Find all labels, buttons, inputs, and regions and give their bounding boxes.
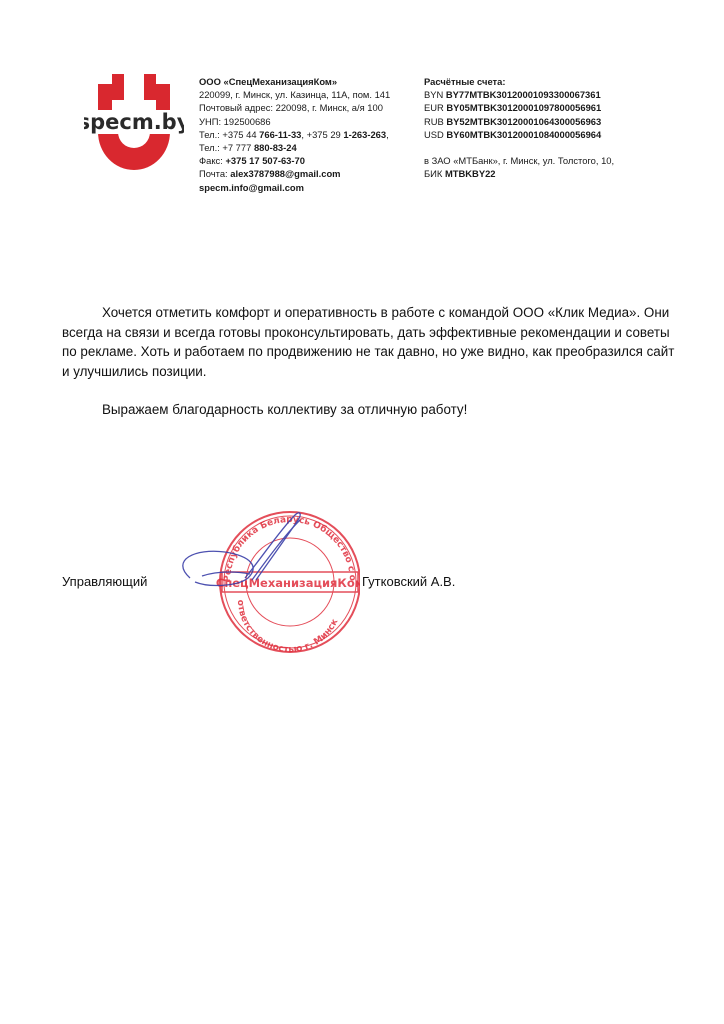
bank-details: Расчётные счета: BYN BY77MTBK30120001093… bbox=[424, 75, 614, 180]
fax: +375 17 507-63-70 bbox=[225, 155, 305, 166]
company-name: ООО «СпецМеханизацияКом» bbox=[199, 76, 337, 87]
phone-3: 880-83-24 bbox=[254, 142, 297, 153]
phone-2: 1-263-263 bbox=[343, 129, 386, 140]
unp: УНП: 192500686 bbox=[199, 115, 390, 128]
account-row: BYN BY77MTBK30120001093300067361 bbox=[424, 88, 614, 101]
bank-title: Расчётные счета: bbox=[424, 76, 505, 87]
account-row: USD BY60MTBK30120001084000056964 bbox=[424, 128, 614, 141]
phones-line: Тел.: +375 44 766-11-33, +375 29 1-263-2… bbox=[199, 128, 390, 141]
bik-line: БИК MTBKBY22 bbox=[424, 167, 614, 180]
phone-1: 766-11-33 bbox=[259, 129, 301, 140]
postal-address: Почтовый адрес: 220098, г. Минск, а/я 10… bbox=[199, 101, 390, 114]
fax-line: Факс: +375 17 507-63-70 bbox=[199, 154, 390, 167]
paragraph-1: Хочется отметить комфорт и оперативность… bbox=[62, 303, 682, 381]
stamp-and-signature: Республика Беларусь Общество с ограничен… bbox=[150, 500, 360, 660]
letter-body: Хочется отметить комфорт и оперативность… bbox=[62, 303, 682, 420]
paragraph-2: Выражаем благодарность коллективу за отл… bbox=[62, 400, 682, 420]
email-2: specm.info@gmail.com bbox=[199, 182, 304, 193]
account-row: EUR BY05MTBK30120001097800056961 bbox=[424, 101, 614, 114]
email-line: Почта: alex3787988@gmail.com bbox=[199, 167, 390, 180]
signer-position: Управляющий bbox=[62, 574, 147, 589]
specm-logo: specm.by bbox=[84, 74, 184, 170]
svg-text:ответственностью г. Минск: ответственностью г. Минск bbox=[235, 600, 341, 656]
company-details: ООО «СпецМеханизацияКом» 220099, г. Минс… bbox=[199, 75, 390, 194]
phones-line-2: Тел.: +7 777 880-83-24 bbox=[199, 141, 390, 154]
svg-text:specm.by: specm.by bbox=[84, 110, 184, 134]
email-1: alex3787988@gmail.com bbox=[230, 168, 340, 179]
signer-name: Гутковский А.В. bbox=[362, 574, 455, 589]
bik: MTBKBY22 bbox=[445, 168, 496, 179]
company-address: 220099, г. Минск, ул. Казинца, 11А, пом.… bbox=[199, 88, 390, 101]
bank-name: в ЗАО «МТБанк», г. Минск, ул. Толстого, … bbox=[424, 154, 614, 167]
account-row: RUB BY52MTBK30120001064300056963 bbox=[424, 115, 614, 128]
